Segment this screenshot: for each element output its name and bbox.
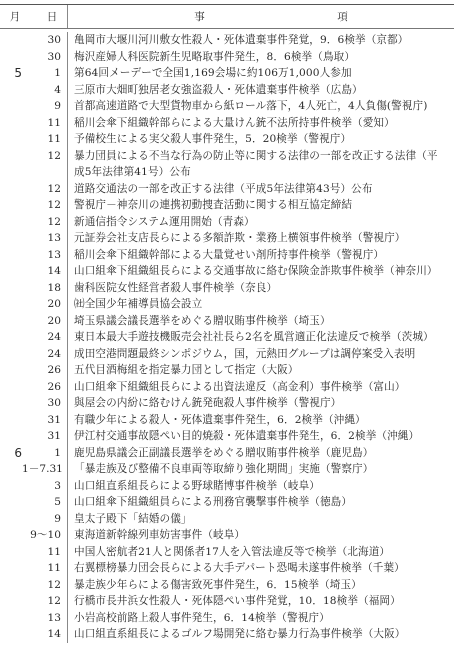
row-month (0, 511, 22, 528)
row-day: 11 (22, 560, 68, 577)
row-month (0, 197, 22, 214)
row-event-text: 埼玉県議会議長選挙をめぐる贈収賄事件検挙（埼玉） (68, 313, 454, 330)
row-month (0, 362, 22, 379)
table-row: 24 成田空港問題最終シンポジウム，国，元熱田グループは調停案受入表明 (0, 346, 454, 363)
row-month (0, 82, 22, 99)
row-day: 12 (22, 577, 68, 594)
row-event-text: ㈳全国少年補導員協会設立 (68, 296, 454, 313)
row-event-text: 亀岡市大堰川河川敷女性殺人・死体遺棄事件発覚，9．6検挙（京都） (68, 32, 454, 49)
row-event-text: 暴走族少年らによる傷害致死事件発生，6．15検挙（埼玉） (68, 577, 454, 594)
table-row: 14 山口組傘下組織組長らによる交通事故に絡む保険金詐欺事件検挙（神奈川） (0, 263, 454, 280)
row-event-text: 山口組傘下組織組長らによる出資法違反（高金利）事件検挙（富山） (68, 379, 454, 396)
row-month (0, 49, 22, 66)
table-row: 12 新通信指令システム運用開始（青森） (0, 214, 454, 231)
table-row: 9 首都高速道路で大型貨物車から紙ロール落下，4人死亡，4人負傷(警視庁) (0, 98, 454, 115)
row-event-text: 三原市大畑町独居老女強盗殺人・死体遺棄事件検挙（広島） (68, 82, 454, 99)
row-day: 5 (22, 494, 68, 511)
row-month (0, 412, 22, 429)
row-event-text: 稲川会傘下組織幹部による大量覚せい剤所持事件検挙（警視庁） (68, 247, 454, 264)
row-month (0, 379, 22, 396)
table-row: 1－7.31 「暴走族及び整備不良車両等取締り強化期間」実施（警察庁） (0, 461, 454, 478)
row-event-text: 暴力団員による不当な行為の防止等に関する法律の一部を改正する法律（平成5年法律第… (68, 148, 454, 181)
chronology-table: 月 日 事 項 30 亀岡市大堰川河川敷女性殺人・死体遺棄事件発覚，9．6検挙（… (0, 4, 454, 643)
row-month (0, 494, 22, 511)
row-month (0, 131, 22, 148)
row-day: 12 (22, 197, 68, 214)
row-month (0, 610, 22, 627)
row-event-text: 小岩高校前路上殺人事件発生，6．14検挙（警視庁） (68, 610, 454, 627)
header-event: 事 項 (68, 9, 454, 24)
table-row: 18 歯科医院女性経営者殺人事件検挙（奈良） (0, 280, 454, 297)
row-event-text: 道路交通法の一部を改正する法律（平成5年法律第43号）公布 (68, 181, 454, 198)
table-row: 5 山口組傘下組織組員らによる刑務官襲撃事件検挙（徳島） (0, 494, 454, 511)
table-row: 26 五代目酒梅組を指定暴力団として指定（大阪） (0, 362, 454, 379)
row-event-text: 行橋市長井浜女性殺人・死体隠ぺい事件発覚，10．18検挙（福岡） (68, 593, 454, 610)
row-month (0, 313, 22, 330)
row-day: 9～10 (22, 527, 68, 544)
table-row: 11 中国人密航者21人と関係者17人を入管法違反等で検挙（北海道） (0, 544, 454, 561)
row-day: 11 (22, 131, 68, 148)
row-event-text: 山口組傘下組織組員らによる刑務官襲撃事件検挙（徳島） (68, 494, 454, 511)
row-month (0, 577, 22, 594)
row-event-text: 梅沢産婦人科医院新生児略取事件発生，8．6検挙（鳥取） (68, 49, 454, 66)
table-row: 12 行橋市長井浜女性殺人・死体隠ぺい事件発覚，10．18検挙（福岡） (0, 593, 454, 610)
row-day: 14 (22, 263, 68, 280)
table-row: 14 山口組直系組長によるゴルフ場開発に絡む暴力行為事件検挙（大阪） (0, 626, 454, 643)
row-event-text: 「暴走族及び整備不良車両等取締り強化期間」実施（警察庁） (68, 461, 454, 478)
table-row: 9～10 東海道新幹線列車妨害事件（岐阜） (0, 527, 454, 544)
row-day: 14 (22, 626, 68, 643)
row-day: 1 (22, 445, 68, 462)
row-event-text: 元証券会社支店長らによる多額詐欺・業務上横領事件検挙（警視庁） (68, 230, 454, 247)
table-row: 12 警視庁－神奈川の連携初動捜査活動に関する相互協定締結 (0, 197, 454, 214)
row-month (0, 593, 22, 610)
row-month (0, 329, 22, 346)
table-row: 5 1 第64回メーデーで全国1,169会場に約106万1,000人参加 (0, 65, 454, 82)
row-month (0, 461, 22, 478)
table-row: 11 稲川会傘下組織幹部らによる大量けん銃不法所持事件検挙（愛知） (0, 115, 454, 132)
row-event-text: 警視庁－神奈川の連携初動捜査活動に関する相互協定締結 (68, 197, 454, 214)
table-row: 30 亀岡市大堰川河川敷女性殺人・死体遺棄事件発覚，9．6検挙（京都） (0, 32, 454, 49)
row-event-text: 有職少年による殺人・死体遺棄事件発生，6．2検挙（沖縄） (68, 412, 454, 429)
table-row: 13 元証券会社支店長らによる多額詐欺・業務上横領事件検挙（警視庁） (0, 230, 454, 247)
table-row: 9 皇太子殿下「結婚の儀」 (0, 511, 454, 528)
row-month (0, 428, 22, 445)
row-day: 9 (22, 511, 68, 528)
header-event-char-1: 事 (194, 9, 205, 24)
row-month (0, 98, 22, 115)
row-day: 24 (22, 329, 68, 346)
row-event-text: 新通信指令システム運用開始（青森） (68, 214, 454, 231)
table-row: 11 予備校生による実父殺人事件発生，5．20検挙（警視庁） (0, 131, 454, 148)
row-event-text: 皇太子殿下「結婚の儀」 (68, 511, 454, 528)
row-day: 1 (22, 65, 68, 82)
row-month (0, 478, 22, 495)
row-day: 30 (22, 49, 68, 66)
row-day: 13 (22, 247, 68, 264)
table-row: 13 小岩高校前路上殺人事件発生，6．14検挙（警視庁） (0, 610, 454, 627)
row-month (0, 560, 22, 577)
row-month (0, 296, 22, 313)
row-event-text: 伊江村交通事故隠ぺい目的焼殺・死体遺棄事件発生，6．2検挙（沖縄） (68, 428, 454, 445)
row-event-text: 歯科医院女性経営者殺人事件検挙（奈良） (68, 280, 454, 297)
row-day: 1－7.31 (22, 461, 68, 478)
table-row: 12 道路交通法の一部を改正する法律（平成5年法律第43号）公布 (0, 181, 454, 198)
row-day: 4 (22, 82, 68, 99)
row-event-text: 五代目酒梅組を指定暴力団として指定（大阪） (68, 362, 454, 379)
table-row: 4 三原市大畑町独居老女強盗殺人・死体遺棄事件検挙（広島） (0, 82, 454, 99)
row-event-text: 第64回メーデーで全国1,169会場に約106万1,000人参加 (68, 65, 454, 82)
table-row: 13 稲川会傘下組織幹部による大量覚せい剤所持事件検挙（警視庁） (0, 247, 454, 264)
table-row: 11 右翼標榜暴力団会長らによる大手デパート恐喝未遂事件検挙（千葉） (0, 560, 454, 577)
table-body: 30 亀岡市大堰川河川敷女性殺人・死体遺棄事件発覚，9．6検挙（京都） 30 梅… (0, 29, 454, 643)
table-header: 月 日 事 項 (0, 5, 454, 29)
header-date: 月 日 (0, 5, 68, 28)
table-row: 31 有職少年による殺人・死体遺棄事件発生，6．2検挙（沖縄） (0, 412, 454, 429)
row-event-text: 與屋会の内紛に絡むけん銃発砲殺人事件検挙（警視庁） (68, 395, 454, 412)
row-event-text: 稲川会傘下組織幹部らによる大量けん銃不法所持事件検挙（愛知） (68, 115, 454, 132)
table-row: 31 伊江村交通事故隠ぺい目的焼殺・死体遺棄事件発生，6．2検挙（沖縄） (0, 428, 454, 445)
row-month: 5 (0, 65, 22, 82)
row-event-text: 予備校生による実父殺人事件発生，5．20検挙（警視庁） (68, 131, 454, 148)
header-event-char-2: 項 (337, 9, 348, 24)
table-row: 12 暴走族少年らによる傷害致死事件発生，6．15検挙（埼玉） (0, 577, 454, 594)
row-event-text: 右翼標榜暴力団会長らによる大手デパート恐喝未遂事件検挙（千葉） (68, 560, 454, 577)
table-row: 30 梅沢産婦人科医院新生児略取事件発生，8．6検挙（鳥取） (0, 49, 454, 66)
row-event-text: 中国人密航者21人と関係者17人を入管法違反等で検挙（北海道） (68, 544, 454, 561)
row-day: 13 (22, 230, 68, 247)
row-event-text: 首都高速道路で大型貨物車から紙ロール落下，4人死亡，4人負傷(警視庁) (68, 98, 454, 115)
row-day: 20 (22, 313, 68, 330)
row-month (0, 280, 22, 297)
row-day: 11 (22, 544, 68, 561)
row-month (0, 32, 22, 49)
table-row: 12 暴力団員による不当な行為の防止等に関する法律の一部を改正する法律（平成5年… (0, 148, 454, 181)
row-month (0, 527, 22, 544)
row-day: 3 (22, 478, 68, 495)
row-day: 30 (22, 32, 68, 49)
row-event-text: 山口組傘下組織組長らによる交通事故に絡む保険金詐欺事件検挙（神奈川） (68, 263, 454, 280)
table-row: 20 埼玉県議会議長選挙をめぐる贈収賄事件検挙（埼玉） (0, 313, 454, 330)
row-month (0, 181, 22, 198)
row-day: 12 (22, 181, 68, 198)
row-event-text: 山口組直系組長によるゴルフ場開発に絡む暴力行為事件検挙（大阪） (68, 626, 454, 643)
row-event-text: 鹿児島県議会正副議長選挙をめぐる贈収賄事件検挙（鹿児島） (68, 445, 454, 462)
row-day: 20 (22, 296, 68, 313)
row-day: 12 (22, 593, 68, 610)
row-day: 31 (22, 412, 68, 429)
row-day: 13 (22, 610, 68, 627)
row-day: 12 (22, 148, 68, 181)
row-month (0, 230, 22, 247)
row-month (0, 263, 22, 280)
row-day: 30 (22, 395, 68, 412)
table-row: 6 1 鹿児島県議会正副議長選挙をめぐる贈収賄事件検挙（鹿児島） (0, 445, 454, 462)
table-row: 20 ㈳全国少年補導員協会設立 (0, 296, 454, 313)
row-day: 24 (22, 346, 68, 363)
row-day: 18 (22, 280, 68, 297)
row-month (0, 544, 22, 561)
row-month (0, 115, 22, 132)
row-month (0, 247, 22, 264)
row-event-text: 成田空港問題最終シンポジウム，国，元熱田グループは調停案受入表明 (68, 346, 454, 363)
table-row: 26 山口組傘下組織組長らによる出資法違反（高金利）事件検挙（富山） (0, 379, 454, 396)
table-row: 24 東日本最大手遊技機販売会社社長ら2名を風営適正化法違反で検挙（茨城） (0, 329, 454, 346)
row-day: 31 (22, 428, 68, 445)
row-month (0, 346, 22, 363)
row-event-text: 山口組直系組長らによる野球賭博事件検挙（岐阜） (68, 478, 454, 495)
row-month (0, 214, 22, 231)
table-row: 30 與屋会の内紛に絡むけん銃発砲殺人事件検挙（警視庁） (0, 395, 454, 412)
row-day: 9 (22, 98, 68, 115)
row-event-text: 東日本最大手遊技機販売会社社長ら2名を風営適正化法違反で検挙（茨城） (68, 329, 454, 346)
row-month (0, 626, 22, 643)
row-day: 11 (22, 115, 68, 132)
row-month (0, 395, 22, 412)
row-day: 26 (22, 362, 68, 379)
table-row: 3 山口組直系組長らによる野球賭博事件検挙（岐阜） (0, 478, 454, 495)
row-month: 6 (0, 445, 22, 462)
row-month (0, 148, 22, 181)
row-event-text: 東海道新幹線列車妨害事件（岐阜） (68, 527, 454, 544)
row-day: 26 (22, 379, 68, 396)
row-day: 12 (22, 214, 68, 231)
